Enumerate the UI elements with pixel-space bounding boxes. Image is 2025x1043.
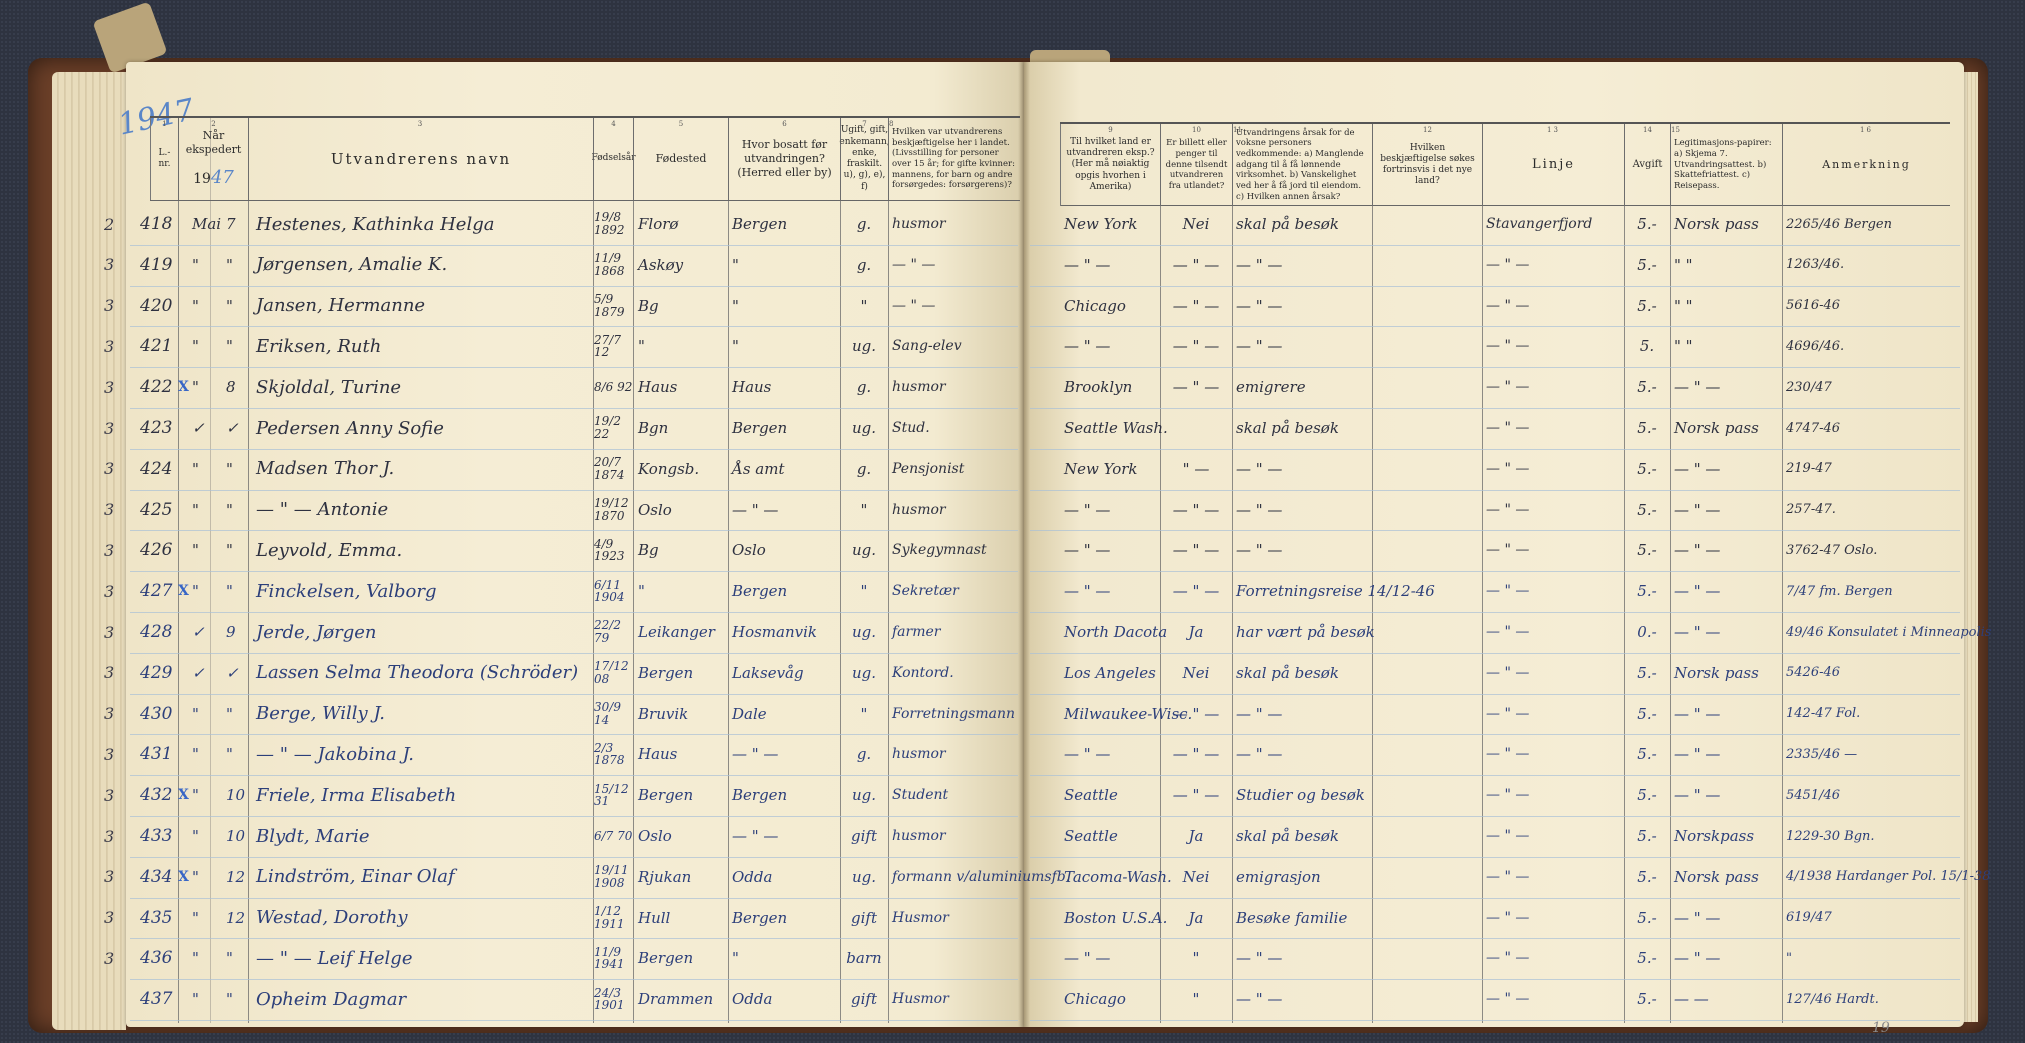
- ticket-sent: Nei: [1160, 655, 1232, 691]
- col-header-destination: 9 Til hvilket land er utvandreren eksp.?…: [1060, 124, 1160, 206]
- expedited-day: 8: [226, 369, 248, 405]
- col-label: Når ekspedert: [182, 129, 245, 157]
- check-mark: [178, 451, 192, 487]
- emigrant-name: Lassen Selma Theodora (Schröder): [256, 655, 591, 691]
- row-rule: [1030, 408, 1960, 409]
- ticket-sent: Ja: [1160, 900, 1232, 936]
- entry-number: 426: [140, 532, 180, 568]
- civil-status: ug.: [840, 614, 888, 650]
- expedited-day: ✓: [226, 410, 248, 446]
- col-label: Ugift, gift, enkemann, enke, fraskilt. u…: [839, 125, 889, 193]
- col-label: Utvandringens årsak for de voksne person…: [1236, 128, 1369, 202]
- residence: ": [732, 247, 840, 283]
- ticket-sent: Nei: [1160, 859, 1232, 895]
- remark: 2265/46 Bergen: [1786, 206, 1956, 242]
- birth-date: 19/12 1870: [594, 492, 634, 528]
- expedited-day: ": [226, 940, 248, 976]
- shipping-line: — " —: [1486, 328, 1624, 364]
- residence: Odda: [732, 981, 840, 1017]
- check-mark: [178, 532, 192, 568]
- ticket-sent: Ja: [1160, 614, 1232, 650]
- remark: 142-47 Fol.: [1786, 696, 1956, 732]
- shipping-line: Stavangerfjord: [1486, 206, 1624, 242]
- margin-number: 3: [104, 451, 118, 487]
- ticket-sent: — " —: [1160, 369, 1232, 405]
- destination: Milwaukee-Wisc.: [1064, 696, 1160, 732]
- shipping-line: — " —: [1486, 532, 1624, 568]
- col-label: Anmerkning: [1822, 158, 1911, 172]
- id-papers: " ": [1674, 328, 1782, 364]
- row-rule: [1030, 530, 1960, 531]
- expedited-month: Mai: [192, 206, 226, 242]
- row-rule: [130, 530, 1018, 531]
- row-rule: [1030, 367, 1960, 368]
- entry-number: 421: [140, 328, 180, 364]
- col-label: Hvor bosatt før utvandringen? (Herred el…: [732, 138, 837, 179]
- emigration-reason: — " —: [1236, 736, 1476, 772]
- entry-number: 437: [140, 981, 180, 1017]
- col-header-occupation: 8 Hvilken var utvandrerens beskjæftigels…: [888, 118, 1018, 200]
- expedited-month: ✓: [192, 614, 226, 650]
- margin-number: 3: [104, 532, 118, 568]
- expedited-month: ": [192, 532, 226, 568]
- col-header-residence: 6 Hvor bosatt før utvandringen? (Herred …: [728, 118, 840, 200]
- birthplace: Bgn: [638, 410, 728, 446]
- expedited-month: ": [192, 369, 226, 405]
- fee: 5.-: [1624, 206, 1670, 242]
- fee: 5.-: [1624, 451, 1670, 487]
- destination: — " —: [1064, 532, 1160, 568]
- id-papers: — " —: [1674, 614, 1782, 650]
- fee: 5.-: [1624, 655, 1670, 691]
- row-rule: [130, 326, 1018, 327]
- col-label: L.-nr.: [154, 148, 175, 171]
- civil-status: g.: [840, 451, 888, 487]
- birth-date: 2/3 1878: [594, 736, 634, 772]
- civil-status: barn: [840, 940, 888, 976]
- residence: — " —: [732, 492, 840, 528]
- fee: 5.-: [1624, 940, 1670, 976]
- destination: Seattle: [1064, 818, 1160, 854]
- occupation: Sykegymnast: [892, 532, 1018, 568]
- civil-status: g.: [840, 247, 888, 283]
- birthplace: ": [638, 328, 728, 364]
- remark: 127/46 Hardt.: [1786, 981, 1956, 1017]
- entry-number: 432: [140, 777, 180, 813]
- remark: 219-47: [1786, 451, 1956, 487]
- birth-date: 19/8 1892: [594, 206, 634, 242]
- check-mark: [178, 940, 192, 976]
- col-label: Utvandrerens navn: [331, 150, 511, 169]
- destination: — " —: [1064, 492, 1160, 528]
- margin-number: 3: [104, 940, 118, 976]
- col-header-name: 3 Utvandrerens navn: [248, 118, 593, 200]
- row-rule: [1030, 571, 1960, 572]
- expedited-day: 12: [226, 900, 248, 936]
- destination: Tacoma-Wash.: [1064, 859, 1160, 895]
- birth-date: 19/2 22: [594, 410, 634, 446]
- remark: ": [1786, 940, 1956, 976]
- expedited-day: 10: [226, 818, 248, 854]
- row-rule: [1030, 734, 1960, 735]
- birthplace: Bg: [638, 532, 728, 568]
- expedited-month: ": [192, 451, 226, 487]
- shipping-line: — " —: [1486, 451, 1624, 487]
- occupation: Kontord.: [892, 655, 1018, 691]
- col-label: Fødested: [656, 152, 707, 166]
- emigration-reason: Studier og besøk: [1236, 777, 1476, 813]
- row-rule: [1030, 1020, 1960, 1021]
- check-mark: [178, 736, 192, 772]
- margin-number: 3: [104, 736, 118, 772]
- row-rule: [1030, 898, 1960, 899]
- birth-date: 19/11 1908: [594, 859, 634, 895]
- row-rule: [130, 816, 1018, 817]
- id-papers: — " —: [1674, 900, 1782, 936]
- emigration-reason: — " —: [1236, 492, 1476, 528]
- row-rule: [130, 449, 1018, 450]
- residence: Dale: [732, 696, 840, 732]
- expedited-day: ": [226, 981, 248, 1017]
- ticket-sent: Ja: [1160, 818, 1232, 854]
- civil-status: g.: [840, 369, 888, 405]
- column-rule: [1482, 124, 1483, 1023]
- shipping-line: — " —: [1486, 247, 1624, 283]
- row-rule: [1030, 979, 1960, 980]
- row-rule: [130, 571, 1018, 572]
- residence: Odda: [732, 859, 840, 895]
- birth-date: 1/12 1911: [594, 900, 634, 936]
- emigration-reason: skal på besøk: [1236, 655, 1476, 691]
- destination: Seattle Wash.: [1064, 410, 1160, 446]
- emigrant-name: Pedersen Anny Sofie: [256, 410, 591, 446]
- row-rule: [130, 938, 1018, 939]
- margin-number: 3: [104, 614, 118, 650]
- shipping-line: — " —: [1486, 777, 1624, 813]
- ticket-sent: Nei: [1160, 206, 1232, 242]
- remark: 2335/46 —: [1786, 736, 1956, 772]
- occupation: husmor: [892, 369, 1018, 405]
- fee: 5.-: [1624, 818, 1670, 854]
- check-mark: X: [178, 369, 192, 405]
- row-rule: [1030, 490, 1960, 491]
- civil-status: ug.: [840, 777, 888, 813]
- check-mark: [178, 981, 192, 1017]
- birthplace: Drammen: [638, 981, 728, 1017]
- expedited-day: ": [226, 736, 248, 772]
- occupation: — " —: [892, 288, 1018, 324]
- shipping-line: — " —: [1486, 696, 1624, 732]
- id-papers: — " —: [1674, 451, 1782, 487]
- expedited-day: 10: [226, 777, 248, 813]
- check-mark: [178, 655, 192, 691]
- emigration-reason: Forretningsreise 14/12-46: [1236, 573, 1476, 609]
- occupation: Forretningsmann: [892, 696, 1018, 732]
- expedited-day: 7: [226, 206, 248, 242]
- id-papers: — " —: [1674, 573, 1782, 609]
- col-header-birthplace: 5 Fødested: [633, 118, 728, 200]
- margin-number: [104, 981, 118, 1017]
- remark: 4747-46: [1786, 410, 1956, 446]
- row-rule: [130, 490, 1018, 491]
- col-label: Til hvilket land er utvandreren eksp.? (…: [1064, 137, 1157, 193]
- row-rule: [130, 1020, 1018, 1021]
- entry-number: 424: [140, 451, 180, 487]
- ticket-sent: — " —: [1160, 247, 1232, 283]
- occupation: Sang-elev: [892, 328, 1018, 364]
- id-papers: — " —: [1674, 532, 1782, 568]
- row-rule: [1030, 857, 1960, 858]
- fee: 5.-: [1624, 410, 1670, 446]
- expedited-month: ": [192, 777, 226, 813]
- entry-number: 435: [140, 900, 180, 936]
- fee: 5.-: [1624, 900, 1670, 936]
- check-mark: [178, 410, 192, 446]
- ticket-sent: — " —: [1160, 492, 1232, 528]
- check-mark: [178, 614, 192, 650]
- col-label: Legitimasjons-papirer: a) Skjema 7. Utva…: [1674, 138, 1779, 191]
- col-header-civil-status: 7 Ugift, gift, enkemann, enke, fraskilt.…: [840, 118, 888, 200]
- ticket-sent: [1160, 410, 1232, 446]
- emigration-reason: har vært på besøk: [1236, 614, 1476, 650]
- remark: 3762-47 Oslo.: [1786, 532, 1956, 568]
- row-rule: [130, 694, 1018, 695]
- emigration-reason: — " —: [1236, 451, 1476, 487]
- margin-number: 3: [104, 859, 118, 895]
- ticket-sent: — " —: [1160, 696, 1232, 732]
- birthplace: Hull: [638, 900, 728, 936]
- occupation: Husmor: [892, 981, 1018, 1017]
- remark: 5451/46: [1786, 777, 1956, 813]
- civil-status: gift: [840, 900, 888, 936]
- check-mark: [178, 206, 192, 242]
- emigrant-name: — " — Leif Helge: [256, 940, 591, 976]
- ticket-sent: — " —: [1160, 573, 1232, 609]
- expedited-day: ": [226, 532, 248, 568]
- col-header-remark: 16 Anmerkning: [1782, 124, 1950, 206]
- expedited-day: 12: [226, 859, 248, 895]
- ticket-sent: — " —: [1160, 532, 1232, 568]
- fee: 5.-: [1624, 736, 1670, 772]
- civil-status: ": [840, 492, 888, 528]
- destination: Seattle: [1064, 777, 1160, 813]
- id-papers: Norsk pass: [1674, 206, 1782, 242]
- page-number: 19: [1872, 1020, 1890, 1036]
- shipping-line: — " —: [1486, 288, 1624, 324]
- margin-number: 3: [104, 369, 118, 405]
- row-rule: [130, 286, 1018, 287]
- col-label: Hvilken beskjæftigelse søkes fortrinsvis…: [1376, 143, 1479, 188]
- civil-status: ug.: [840, 328, 888, 364]
- destination: — " —: [1064, 573, 1160, 609]
- entry-number: 419: [140, 247, 180, 283]
- residence: Bergen: [732, 206, 840, 242]
- column-rule: [1232, 124, 1233, 1023]
- id-papers: Norsk pass: [1674, 859, 1782, 895]
- civil-status: ug.: [840, 410, 888, 446]
- emigrant-name: Opheim Dagmar: [256, 981, 591, 1017]
- entry-number: 434: [140, 859, 180, 895]
- col-header-papers: 15 Legitimasjons-papirer: a) Skjema 7. U…: [1670, 124, 1782, 206]
- emigration-reason: — " —: [1236, 940, 1476, 976]
- birth-date: 6/11 1904: [594, 573, 634, 609]
- header-rule-bottom-left: [150, 200, 1020, 201]
- birth-date: 6/7 70: [594, 818, 634, 854]
- id-papers: — " —: [1674, 736, 1782, 772]
- id-papers: Norsk pass: [1674, 410, 1782, 446]
- expedited-month: ": [192, 818, 226, 854]
- fee: 5.-: [1624, 981, 1670, 1017]
- row-rule: [130, 245, 1018, 246]
- row-rule: [130, 367, 1018, 368]
- destination: New York: [1064, 206, 1160, 242]
- residence: ": [732, 288, 840, 324]
- id-papers: — " —: [1674, 777, 1782, 813]
- residence: Bergen: [732, 900, 840, 936]
- col-header-ticket: 10 Er billett eller penger til denne til…: [1160, 124, 1232, 206]
- birth-date: 17/12 08: [594, 655, 634, 691]
- residence: Bergen: [732, 410, 840, 446]
- destination: Brooklyn: [1064, 369, 1160, 405]
- fee: 5.-: [1624, 573, 1670, 609]
- entry-number: 427: [140, 573, 180, 609]
- entry-number: 423: [140, 410, 180, 446]
- ticket-sent: — " —: [1160, 288, 1232, 324]
- destination: Boston U.S.A.: [1064, 900, 1160, 936]
- birthplace: ": [638, 573, 728, 609]
- id-papers: — " —: [1674, 369, 1782, 405]
- birthplace: Bergen: [638, 655, 728, 691]
- civil-status: g.: [840, 736, 888, 772]
- col-label: Er billett eller penger til denne tilsen…: [1164, 138, 1229, 191]
- ticket-sent: ": [1160, 981, 1232, 1017]
- shipping-line: — " —: [1486, 410, 1624, 446]
- expedited-month: ": [192, 288, 226, 324]
- expedited-month: ✓: [192, 655, 226, 691]
- residence: Oslo: [732, 532, 840, 568]
- column-rule: [1670, 124, 1671, 1023]
- emigrant-name: Jansen, Hermanne: [256, 288, 591, 324]
- entry-number: 418: [140, 206, 180, 242]
- check-mark: [178, 696, 192, 732]
- shipping-line: — " —: [1486, 573, 1624, 609]
- residence: Haus: [732, 369, 840, 405]
- expedited-month: ": [192, 696, 226, 732]
- shipping-line: — " —: [1486, 818, 1624, 854]
- row-rule: [130, 612, 1018, 613]
- emigration-reason: emigrere: [1236, 369, 1476, 405]
- entry-number: 425: [140, 492, 180, 528]
- civil-status: ug.: [840, 859, 888, 895]
- expedited-month: ": [192, 940, 226, 976]
- expedited-day: ": [226, 573, 248, 609]
- emigrant-name: Hestenes, Kathinka Helga: [256, 206, 591, 242]
- emigrant-name: Westad, Dorothy: [256, 900, 591, 936]
- margin-number: 3: [104, 328, 118, 364]
- occupation: Student: [892, 777, 1018, 813]
- col-label: Hvilken var utvandrerens beskjæftigelse …: [892, 127, 1015, 191]
- row-rule: [130, 898, 1018, 899]
- check-mark: [178, 247, 192, 283]
- margin-number: 3: [104, 655, 118, 691]
- occupation: husmor: [892, 492, 1018, 528]
- expedited-day: ": [226, 288, 248, 324]
- row-rule: [1030, 326, 1960, 327]
- occupation: — " —: [892, 247, 1018, 283]
- id-papers: Norsk pass: [1674, 655, 1782, 691]
- remark: 7/47 fm. Bergen: [1786, 573, 1956, 609]
- col-header-expedited: 2 Når ekspedert 1947: [178, 118, 248, 200]
- check-mark: [178, 900, 192, 936]
- birthplace: Bergen: [638, 777, 728, 813]
- col-header-seek-occupation: 12 Hvilken beskjæftigelse søkes fortrins…: [1372, 124, 1482, 206]
- row-rule: [130, 653, 1018, 654]
- birthplace: Haus: [638, 736, 728, 772]
- emigrant-name: Finckelsen, Valborg: [256, 573, 591, 609]
- row-rule: [130, 857, 1018, 858]
- occupation: formann v/aluminiumsfb.: [892, 859, 1018, 895]
- entry-number: 431: [140, 736, 180, 772]
- emigrant-name: — " — Jakobina J.: [256, 736, 591, 772]
- emigrant-name: — " — Antonie: [256, 492, 591, 528]
- year-prefix: 1947: [193, 167, 234, 190]
- expedited-month: ": [192, 736, 226, 772]
- residence: — " —: [732, 736, 840, 772]
- expedited-month: ": [192, 981, 226, 1017]
- destination: North Dacota: [1064, 614, 1160, 650]
- shipping-line: — " —: [1486, 614, 1624, 650]
- row-rule: [130, 775, 1018, 776]
- emigrant-name: Jørgensen, Amalie K.: [256, 247, 591, 283]
- expedited-month: ": [192, 900, 226, 936]
- margin-number: 3: [104, 777, 118, 813]
- destination: — " —: [1064, 328, 1160, 364]
- emigrant-name: Lindström, Einar Olaf: [256, 859, 591, 895]
- expedited-day: ": [226, 328, 248, 364]
- birthplace: Leikanger: [638, 614, 728, 650]
- residence: Bergen: [732, 777, 840, 813]
- fee: 5.: [1624, 328, 1670, 364]
- margin-number: 3: [104, 900, 118, 936]
- shipping-line: — " —: [1486, 900, 1624, 936]
- emigrant-name: Jerde, Jørgen: [256, 614, 591, 650]
- fee: 5.-: [1624, 696, 1670, 732]
- emigration-reason: — " —: [1236, 328, 1476, 364]
- residence: — " —: [732, 818, 840, 854]
- col-header-line: 13 Linje: [1482, 124, 1624, 206]
- fee: 5.-: [1624, 369, 1670, 405]
- shipping-line: — " —: [1486, 736, 1624, 772]
- occupation: [892, 940, 1018, 976]
- margin-number: 3: [104, 288, 118, 324]
- shipping-line: — " —: [1486, 369, 1624, 405]
- birthplace: Bergen: [638, 940, 728, 976]
- birthplace: Bg: [638, 288, 728, 324]
- residence: Ås amt: [732, 451, 840, 487]
- civil-status: ug.: [840, 532, 888, 568]
- row-rule: [130, 979, 1018, 980]
- shipping-line: — " —: [1486, 981, 1624, 1017]
- emigration-reason: — " —: [1236, 288, 1476, 324]
- birthplace: Rjukan: [638, 859, 728, 895]
- col-label: Fødselsår: [591, 153, 635, 164]
- entry-number: 428: [140, 614, 180, 650]
- fee: 5.-: [1624, 288, 1670, 324]
- civil-status: ug.: [840, 655, 888, 691]
- margin-number: 3: [104, 247, 118, 283]
- occupation: husmor: [892, 736, 1018, 772]
- remark: 4/1938 Hardanger Pol. 15/1-38: [1786, 859, 1956, 895]
